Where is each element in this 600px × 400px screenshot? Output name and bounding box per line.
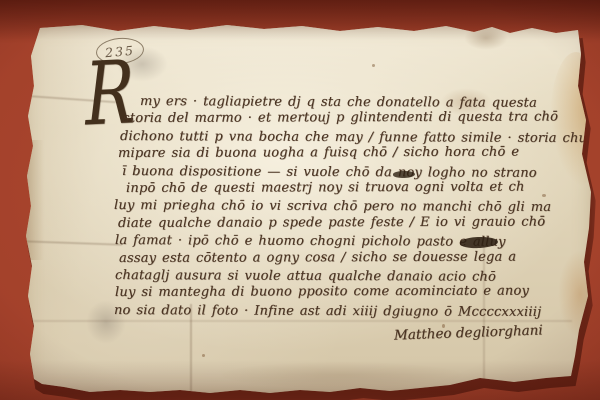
handwriting-line: assay esta cōtento a ogny cosa / sicho s… [119,249,588,268]
handwriting-line: mipare sia di buona uogha a fuisq chō / … [118,145,588,164]
paper-sheet: 235 R my ers · tagliapietre dj q sta che… [22,24,594,396]
stain [222,362,462,388]
letter-body: my ers · tagliapietre dj q sta che donat… [114,94,588,320]
crease-line [22,240,122,245]
foxing-dot [202,354,205,357]
manuscript-photo: 235 R my ers · tagliapietre dj q sta che… [0,0,600,400]
stain [24,140,44,260]
handwriting-line: storia del marmo · et mertouj p glintend… [123,110,588,129]
handwriting-line: diate qualche danaio p spede paste feste… [118,214,588,233]
signature: Mattheo degliorghani [394,322,543,343]
stain [464,26,508,50]
handwriting-line: inpō chō de questi maestrj noy si truova… [126,179,588,198]
foxing-dot [372,64,375,67]
handwriting-line: no sia dato il foto · Infine ast adi xii… [114,303,588,322]
handwriting-line: luy si mantegha di buono pposito come ac… [115,284,588,303]
